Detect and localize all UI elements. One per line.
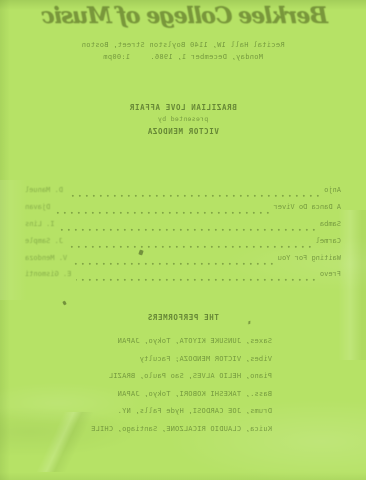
song-title: A Danca Do Viver (274, 203, 341, 211)
mirrored-ink-layer: Berklee College of Music Recital Hall 1W… (0, 0, 366, 480)
dotted-leader (60, 225, 315, 232)
composer-name: D. Manuel (25, 186, 63, 194)
program-row: Samba I. Lins (25, 220, 341, 237)
performer-line: Drums, JOE CARDOSI, Hyde Falls, NY. (72, 407, 272, 425)
performer-line: Vibes, VICTOR MENDOZA; Faculty (72, 355, 272, 373)
dotted-leader (72, 259, 273, 266)
time-text: 1:00pm (103, 53, 130, 61)
program-row: Frevo E. Gismonti (25, 270, 341, 287)
song-title: Samba (320, 220, 341, 228)
performers-heading: THE PERFORMERS (0, 313, 366, 322)
song-title: Carmel (316, 237, 341, 245)
program-row: Waiting For You V. Mendoza (25, 254, 341, 271)
date-line: Monday, December 1, 1986.1:00pm (0, 53, 366, 61)
composer-name: Djavan (25, 203, 50, 211)
performer-line: Kuica, CLAUDIO RICALZONE, Santiago, CHIL… (72, 425, 272, 443)
composer-name: I. Lins (25, 220, 55, 228)
program-row: Carmel J. Sample (25, 237, 341, 254)
dotted-leader (68, 191, 319, 198)
composer-name: E. Gismonti (25, 270, 71, 278)
presenter-name: VICTOR MENDOZA (0, 127, 366, 136)
song-title: Waiting For You (278, 254, 341, 262)
date-text: Monday, December 1, 1986. (150, 53, 263, 61)
program-row: A Danca Do Viver Djavan (25, 203, 341, 220)
composer-name: V. Mendoza (25, 254, 67, 262)
scanned-program-page: Berklee College of Music Recital Hall 1W… (0, 0, 366, 480)
performer-line: Bass., TAKESHI KOBORI, Tokyo, JAPAN (72, 390, 272, 408)
composer-name: J. Sample (25, 237, 63, 245)
program-row: Anjo D. Manuel (25, 186, 341, 203)
performers-list: Saxes, JUNSUKE KIYOTA, Tokyo, JAPAN Vibe… (72, 337, 272, 443)
dotted-leader (76, 275, 315, 282)
venue-line: Recital Hall 1W, 1140 Boylston Street, B… (0, 41, 366, 49)
presented-by-label: presented by (0, 115, 366, 123)
dotted-leader (55, 208, 268, 215)
program-list: Anjo D. Manuel A Danca Do Viver Djavan S… (25, 186, 341, 287)
berklee-logo: Berklee College of Music (4, 3, 366, 29)
song-title: Frevo (320, 270, 341, 278)
dotted-leader (68, 242, 311, 249)
song-title: Anjo (324, 186, 341, 194)
performer-line: Piano, HELIO ALVES, Sao Paulo, BRAZIL (72, 372, 272, 390)
show-title: BRAZILIAN LOVE AFFAIR (0, 103, 366, 112)
performer-line: Saxes, JUNSUKE KIYOTA, Tokyo, JAPAN (72, 337, 272, 355)
